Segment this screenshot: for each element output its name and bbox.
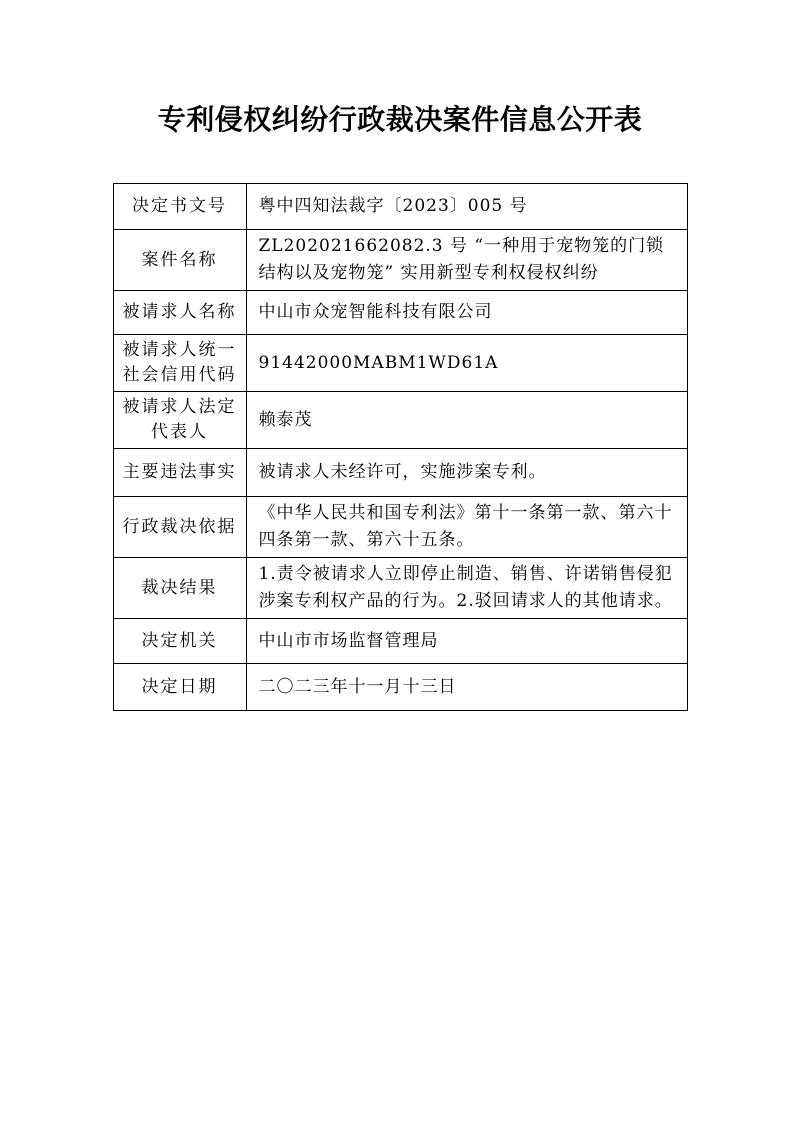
table-row: 裁决结果 1.责令被请求人立即停止制造、销售、许诺销售侵犯涉案专利权产品的行为。… <box>113 558 687 619</box>
table-row: 决定日期 二〇二三年十一月十三日 <box>113 664 687 711</box>
document-page: 专利侵权纠纷行政裁决案件信息公开表 决定书文号 粤中四知法裁字〔2023〕005… <box>0 0 800 1131</box>
row-label-respondent-name: 被请求人名称 <box>113 291 246 335</box>
table-row: 决定机关 中山市市场监督管理局 <box>113 619 687 664</box>
table-row: 主要违法事实 被请求人未经许可，实施涉案专利。 <box>113 449 687 497</box>
row-value-decision-date: 二〇二三年十一月十三日 <box>246 664 687 711</box>
row-value-respondent-name: 中山市众宠智能科技有限公司 <box>246 291 687 335</box>
table-row: 被请求人名称 中山市众宠智能科技有限公司 <box>113 291 687 335</box>
row-value-decision-number: 粤中四知法裁字〔2023〕005 号 <box>246 184 687 230</box>
row-value-ruling-result: 1.责令被请求人立即停止制造、销售、许诺销售侵犯涉案专利权产品的行为。2.驳回请… <box>246 558 687 619</box>
row-value-case-name: ZL202021662082.3 号 “一种用于宠物笼的门锁结构以及宠物笼” 实… <box>246 230 687 291</box>
table-row: 行政裁决依据 《中华人民共和国专利法》第十一条第一款、第六十四条第一款、第六十五… <box>113 497 687 558</box>
row-label-ruling-result: 裁决结果 <box>113 558 246 619</box>
table-row: 被请求人统一社会信用代码 91442000MABM1WD61A <box>113 335 687 392</box>
row-label-decision-date: 决定日期 <box>113 664 246 711</box>
table-row: 案件名称 ZL202021662082.3 号 “一种用于宠物笼的门锁结构以及宠… <box>113 230 687 291</box>
row-label-decision-number: 决定书文号 <box>113 184 246 230</box>
row-value-decision-authority: 中山市市场监督管理局 <box>246 619 687 664</box>
table-row: 被请求人法定代表人 赖泰茂 <box>113 392 687 449</box>
row-label-decision-authority: 决定机关 <box>113 619 246 664</box>
page-title: 专利侵权纠纷行政裁决案件信息公开表 <box>0 103 800 137</box>
row-label-case-name: 案件名称 <box>113 230 246 291</box>
case-info-table: 决定书文号 粤中四知法裁字〔2023〕005 号 案件名称 ZL20202166… <box>113 183 688 711</box>
row-label-legal-representative: 被请求人法定代表人 <box>113 392 246 449</box>
row-label-credit-code: 被请求人统一社会信用代码 <box>113 335 246 392</box>
row-value-legal-representative: 赖泰茂 <box>246 392 687 449</box>
row-label-ruling-basis: 行政裁决依据 <box>113 497 246 558</box>
table-row: 决定书文号 粤中四知法裁字〔2023〕005 号 <box>113 184 687 230</box>
row-value-main-illegal-facts: 被请求人未经许可，实施涉案专利。 <box>246 449 687 497</box>
row-value-ruling-basis: 《中华人民共和国专利法》第十一条第一款、第六十四条第一款、第六十五条。 <box>246 497 687 558</box>
row-value-credit-code: 91442000MABM1WD61A <box>246 335 687 392</box>
row-label-main-illegal-facts: 主要违法事实 <box>113 449 246 497</box>
